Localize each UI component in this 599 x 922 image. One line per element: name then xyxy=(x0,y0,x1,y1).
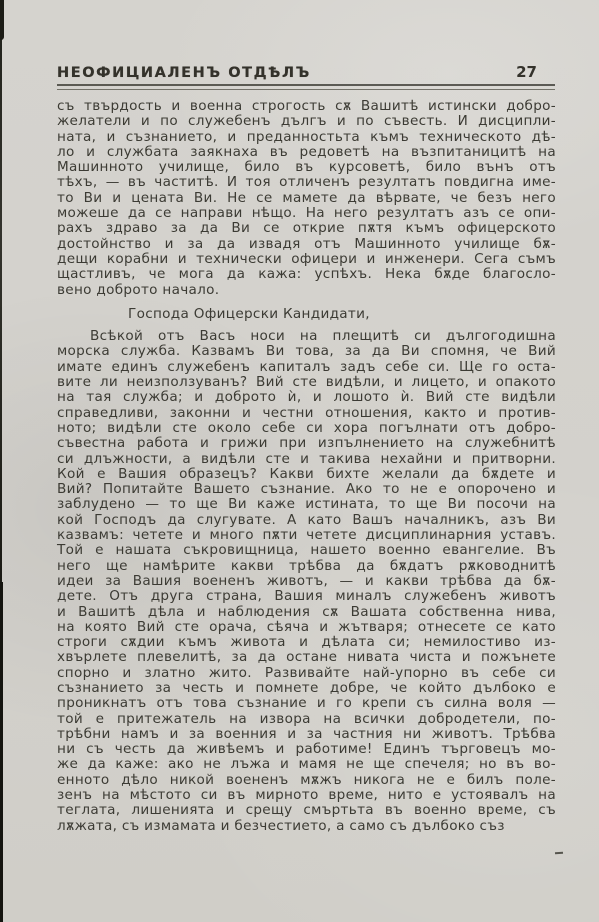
text-line: съзнанието за честь и помнете добре, че … xyxy=(57,681,556,696)
paragraph-continuation: съ твърдость и военна строгость сѫ Вашит… xyxy=(57,99,556,298)
text-line: кой Господъ да слугувате. А като Вашъ на… xyxy=(57,513,556,528)
text-line: съвестна работа и грижи при изпълнението… xyxy=(57,436,556,451)
scan-speck-artifact xyxy=(555,852,563,855)
text-line: ло и службата заякнаха въ редоветѣ на въ… xyxy=(57,145,556,160)
text-line: Той е нашата съкровищница, нашето военно… xyxy=(57,543,556,558)
text-line: справедливи, законни и честни отношения,… xyxy=(57,406,556,421)
page-number: 27 xyxy=(516,63,555,81)
text-line: трѣбни намъ и за военния и за частния ни… xyxy=(57,727,556,742)
text-line: вено доброто начало. xyxy=(57,283,556,298)
text-line: морска служба. Казвамъ Ви това, за да Ви… xyxy=(57,344,556,359)
text-line: зенъ на мѣстото си въ мирното време, нит… xyxy=(57,788,556,803)
text-line: щастливъ, че мога да кажа: успѣхъ. Нека … xyxy=(57,267,556,282)
text-line: ни съ честь да живѣемъ и работиме! Единъ… xyxy=(57,742,556,757)
text-line: на която Вий сте орача, сѣяча и жътваря;… xyxy=(57,620,556,635)
text-line: проникнатъ отъ това съзнание и го крепи … xyxy=(57,696,556,711)
text-line: Всѣкой отъ Васъ носи на плещитѣ си дълго… xyxy=(57,329,556,344)
text-line: заблудено — то ще Ви каже истината, то щ… xyxy=(57,497,556,512)
salutation-heading: Господа Офицерски Кандидати, xyxy=(57,307,556,322)
scanned-book-page: НЕОФИЦИАЛЕНЪ ОТДѢЛЪ 27 съ твърдость и во… xyxy=(0,0,599,922)
text-line: рахъ здраво за да Ви се открие пѫтя къмъ… xyxy=(57,221,556,236)
text-line: ната, и съзнанието, и преданностьта къмъ… xyxy=(57,130,556,145)
text-line: той е притежатель на извора на всички до… xyxy=(57,712,556,727)
text-line: спорно и златно жито. Развивайте най-упо… xyxy=(57,666,556,681)
text-line: него ще намѣрите какви трѣбва да бѫдатъ … xyxy=(57,559,556,574)
text-line: желатели и по служебенъ дългъ и по съвес… xyxy=(57,114,556,129)
text-line: си длъжности, а видѣли сте и такива неха… xyxy=(57,452,556,467)
text-line: строги сѫдии къмъ живота и дѣлата си; не… xyxy=(57,635,556,650)
text-line: можеше да се направи нѣщо. На него резул… xyxy=(57,206,556,221)
paragraph-main: Всѣкой отъ Васъ носи на плещитѣ си дълго… xyxy=(57,329,556,834)
running-header: НЕОФИЦИАЛЕНЪ ОТДѢЛЪ 27 xyxy=(57,63,555,90)
text-line: на тая служба; и доброто ѝ, и лошото ѝ. … xyxy=(57,390,556,405)
text-line: Кой е Вашия образецъ? Какви бихте желали… xyxy=(57,467,556,482)
section-title: НЕОФИЦИАЛЕНЪ ОТДѢЛЪ xyxy=(57,65,311,81)
text-line: Вий? Попитайте Вашето съзнание. Ако то н… xyxy=(57,482,556,497)
text-line: Машинното училище, било въ курсоветѣ, би… xyxy=(57,160,556,175)
scan-edge-artifact-top-left xyxy=(0,0,4,40)
text-line: лѫжата, съ измамата и безчестието, а сам… xyxy=(57,819,556,834)
scan-edge-artifact-bottom-left xyxy=(0,582,3,922)
text-line: казвамъ: четете и много пѫти четете дисц… xyxy=(57,528,556,543)
text-line: енното дѣло никой воененъ мѫжъ никога не… xyxy=(57,773,556,788)
header-divider-rule xyxy=(57,84,555,90)
text-line: вите ли неизползуванъ? Вий сте видѣли, и… xyxy=(57,375,556,390)
text-line: имате единъ служебенъ капиталъ задъ себе… xyxy=(57,360,556,375)
text-line: дете. Отъ друга страна, Вашия миналъ слу… xyxy=(57,589,556,604)
text-line: тѣхъ, — въ частитѣ. И тоя отличенъ резул… xyxy=(57,175,556,190)
text-line: теглата, лишенията и срещу смъртьта въ в… xyxy=(57,803,556,818)
text-line: же да каже: ако не лъжа и мамя не ще спе… xyxy=(57,757,556,772)
text-line: хвърлете плевелитѣ, за да остане нивата … xyxy=(57,650,556,665)
text-line: достойнство и за да извадя отъ Машинното… xyxy=(57,237,556,252)
text-line: съ твърдость и военна строгость сѫ Вашит… xyxy=(57,99,556,114)
text-line: и Вашитѣ дѣла и наблюдения сѫ Вашата соб… xyxy=(57,605,556,620)
page-text-block: съ твърдость и военна строгость сѫ Вашит… xyxy=(57,99,556,834)
text-line: идеи за Вашия воененъ животъ, — и какви … xyxy=(57,574,556,589)
text-line: дещи корабни и технически офицери и инже… xyxy=(57,252,556,267)
text-line: то Ви и цената Ви. Не се мамете да вѣрва… xyxy=(57,191,556,206)
text-line: ното; видѣли сте около себе си хора погъ… xyxy=(57,421,556,436)
